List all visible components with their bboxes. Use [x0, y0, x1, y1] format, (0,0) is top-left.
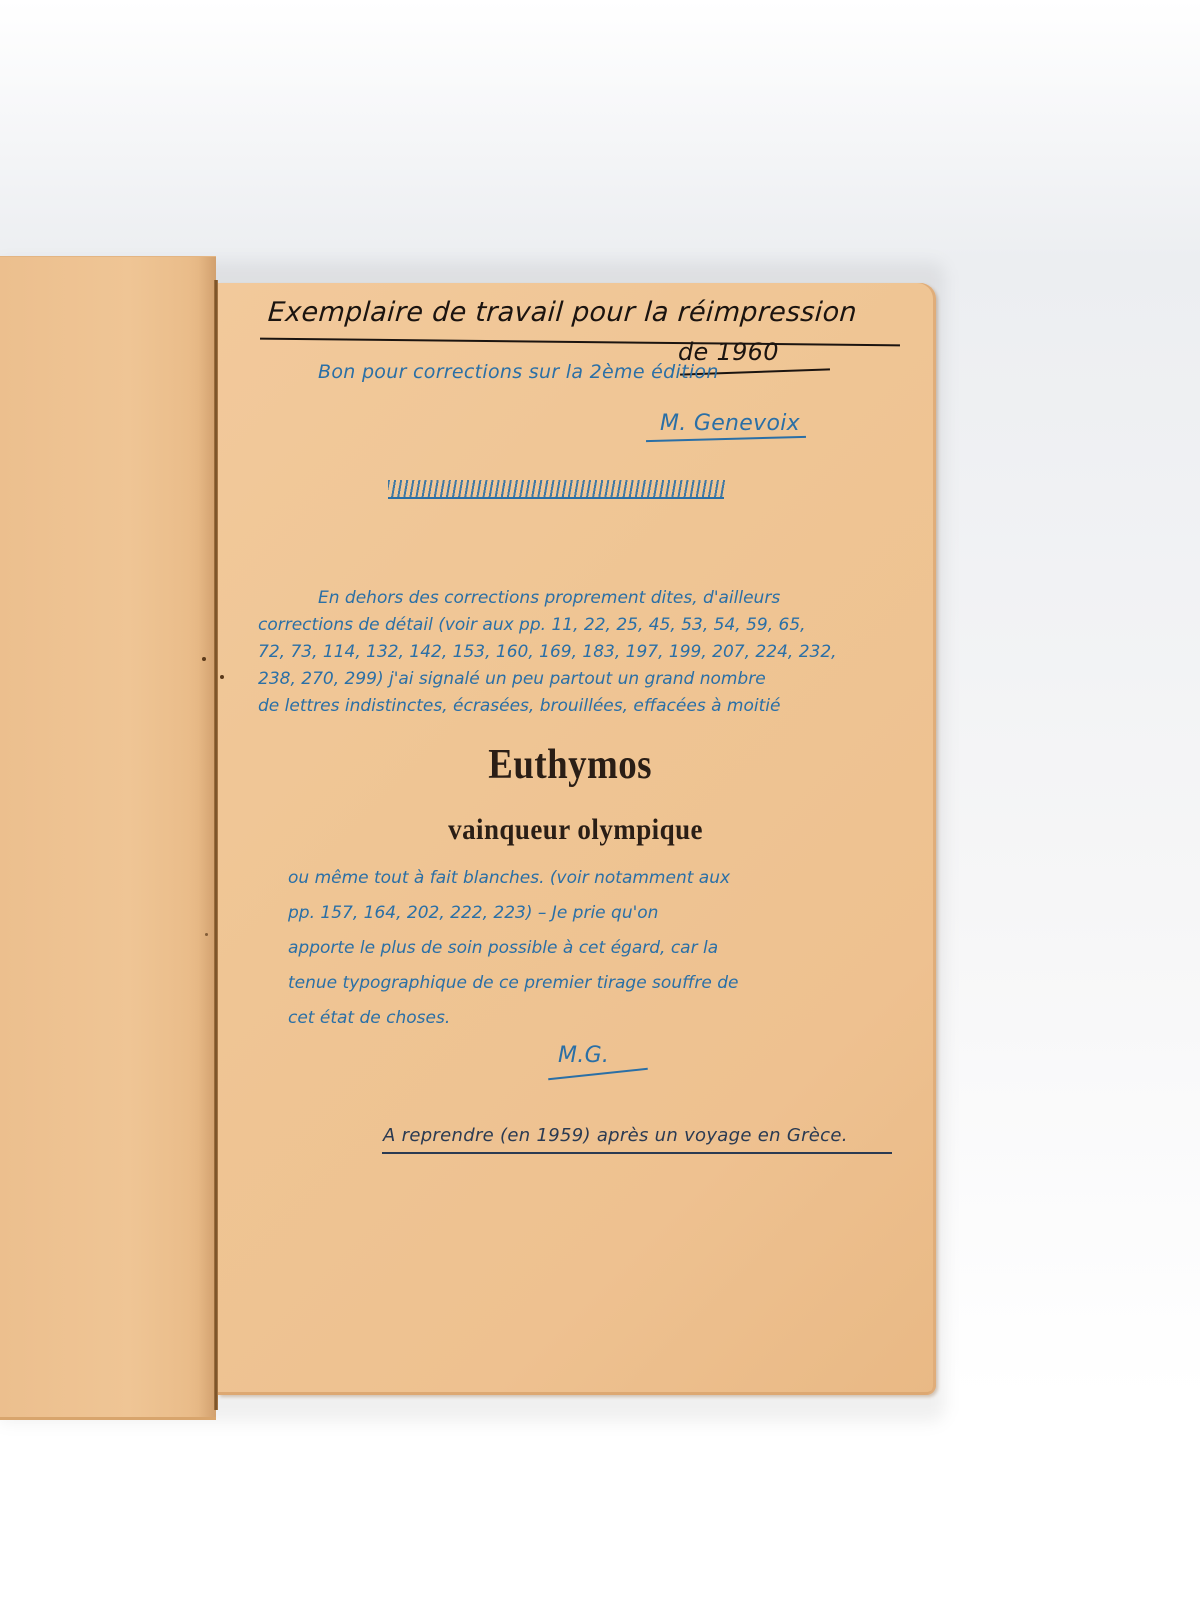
approval-note: Bon pour corrections sur la 2ème édition: [318, 361, 719, 383]
book-subtitle: vainqueur olympique: [252, 813, 898, 847]
note-line: cet état de choses.: [288, 1001, 738, 1036]
correction-note-part-1: En dehors des corrections proprement dit…: [258, 585, 837, 720]
note-line: pp. 157, 164, 202, 222, 223) – Je prie q…: [288, 896, 738, 931]
open-book: Exemplaire de travail pour la réimpressi…: [0, 0, 1200, 1600]
title-page: Exemplaire de travail pour la réimpressi…: [218, 283, 936, 1395]
resume-underline: [382, 1152, 892, 1154]
paper-speck: [202, 657, 206, 661]
working-copy-note: Exemplaire de travail pour la réimpressi…: [267, 297, 858, 328]
signature-flourish: [646, 436, 806, 442]
initials-flourish: [548, 1068, 648, 1080]
note-line: corrections de détail (voir aux pp. 11, …: [258, 612, 837, 639]
note-line: tenue typographique de ce premier tirage…: [288, 966, 738, 1001]
note-line: apporte le plus de soin possible à cet é…: [288, 931, 738, 966]
strike-through-scribble: [388, 480, 726, 498]
initials-signature: M.G.: [558, 1043, 609, 1068]
paper-speck: [220, 675, 224, 679]
author-signature: M. Genevoix: [660, 411, 800, 436]
resume-note: A reprendre (en 1959) après un voyage en…: [383, 1125, 848, 1146]
book-title: Euthymos: [254, 741, 886, 789]
paper-speck: [205, 933, 208, 936]
note-line: ou même tout à fait blanches. (voir nota…: [288, 861, 738, 896]
note-line: En dehors des corrections proprement dit…: [258, 585, 837, 612]
note-line: 238, 270, 299) j'ai signalé un peu parto…: [258, 666, 837, 693]
left-page: [0, 256, 216, 1420]
correction-note-part-2: ou même tout à fait blanches. (voir nota…: [288, 861, 738, 1036]
heading-underline: [260, 338, 900, 347]
note-line: de lettres indistinctes, écrasées, broui…: [258, 693, 837, 720]
note-line: 72, 73, 114, 132, 142, 153, 160, 169, 18…: [258, 639, 837, 666]
strike-through-line: [388, 497, 724, 499]
